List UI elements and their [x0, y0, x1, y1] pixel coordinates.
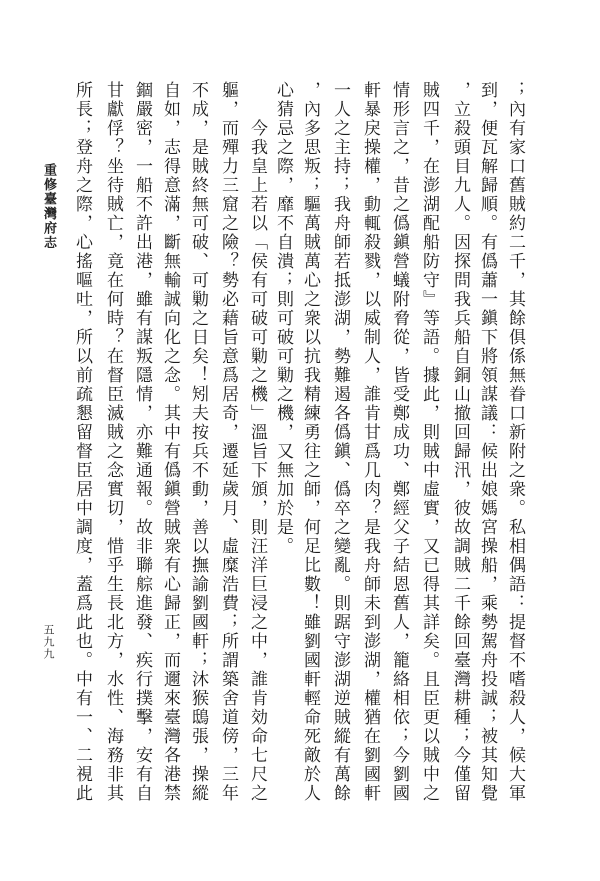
text-column-12: 不成，是賊終無可破、可勦之日矣！矧夫按兵不動，善以撫諭劉國軒；沐猴鴟張，操縱 [188, 81, 208, 805]
text-column-1: ；內有家口舊賊約二千，其餘俱係無眷口新附之衆。私相偶語：提督不嗜殺人，候大軍 [505, 81, 525, 805]
book-title-margin: 重修臺灣府志 [40, 163, 56, 250]
text-column-5: 情形言之，昔之僞鎭營蟻附脅從，皆受鄭成功、鄭經父子結恩舊人，籠絡相依；今劉國 [389, 81, 409, 805]
text-column-9: 心猜忌之際，靡不自潰；則可破可勦之機，又無加於是。 [273, 81, 293, 805]
text-column-2: 到，便瓦解歸順。有僞蕭一鎭下將領謀議：候出娘媽宮操船，乘勢駕舟投誠；被其知覺 [477, 81, 497, 805]
text-column-7: 一人之主持；我舟師若抵澎湖，勢難遏各僞鎭、僞卒之變亂。則踞守澎湖逆賊縱有萬餘 [330, 81, 350, 805]
text-column-3: ，立殺頭目九人。因探問我兵船自銅山撤回歸汛，彼故調賊二千餘回臺灣耕種；今僅留 [450, 81, 470, 805]
text-column-16: 所長；登舟之際，心搖嘔吐，所以前疏懇留督臣居中調度，蓋爲此也。中有一、二視此 [72, 81, 92, 805]
text-column-11: 軀，而殫力三窟之險？勢必藉旨意爲居奇，遷延歲月、虛糜浩費；所謂築舍道傍，三年 [218, 81, 238, 805]
text-column-6: 軒暴戾操權，動輒殺戮，以威制人，誰肯甘爲几肉？是我舟師未到澎湖，權猶在劉國軒 [360, 81, 380, 805]
text-column-14: 錮嚴密，一船不許出港，雖有謀叛隱情，亦難通報。故非聯䑸進發、疾行撲擊，安有自 [132, 81, 152, 805]
text-column-8: ，內多思叛；驅萬賊萬心之衆以抗我精練勇往之師，何足比數！雖劉國軒輕命死敵於人 [300, 81, 320, 805]
document-page: ；內有家口舊賊約二千，其餘俱係無眷口新附之衆。私相偶語：提督不嗜殺人，候大軍 到… [0, 0, 600, 881]
text-column-4: 賊四千，在澎湖配船防守』等語。據此，則賊中虛實，又已得其詳矣。且臣更以賊中之 [419, 81, 439, 805]
text-column-13: 自如，志得意滿，斷無輸誠向化之念。其中有僞鎭營賊衆有心歸正，而邇來臺灣各港禁 [160, 81, 180, 805]
text-column-10-paragraph-start: 今我皇上若以「侯有可破可勦之機」溫旨下頒，則汪洋巨浸之中，誰肯効命七尺之 [247, 119, 267, 843]
page-number: 五九九 [41, 624, 55, 660]
text-column-15: 甘獻俘？坐待賊亡，竟在何時？在督臣滅賊之念實切，惜乎生長北方，水性、海務非其 [103, 81, 123, 805]
